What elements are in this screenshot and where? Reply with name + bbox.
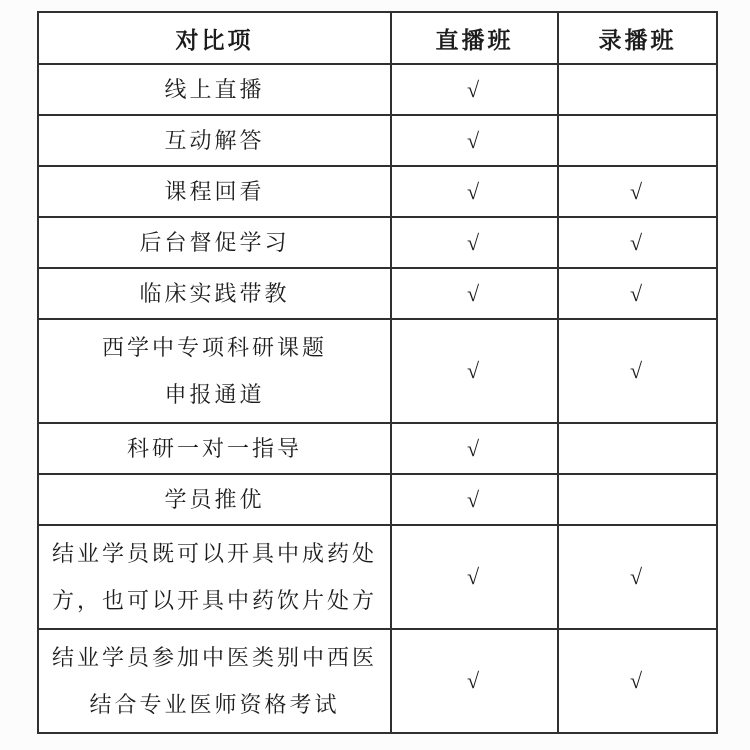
table-row: 结业学员参加中医类别中西医 结合专业医师资格考试 √ √ [38,629,717,733]
live-class-check: √ [391,64,558,115]
recorded-class-check [558,64,717,115]
row-label: 结业学员参加中医类别中西医 结合专业医师资格考试 [38,629,391,733]
table-body: 线上直播 √ 互动解答 √ 课程回看 √ √ 后台督促学习 √ √ 临床实践带教… [38,64,717,733]
table-row: 课程回看 √ √ [38,166,717,217]
recorded-class-check: √ [558,629,717,733]
recorded-class-check [558,474,717,525]
recorded-class-check: √ [558,525,717,629]
row-label: 学员推优 [38,474,391,525]
comparison-table: 对比项 直播班 录播班 线上直播 √ 互动解答 √ 课程回看 √ √ 后台督促学… [37,11,718,734]
table-row: 后台督促学习 √ √ [38,217,717,268]
recorded-class-check: √ [558,166,717,217]
table-row: 线上直播 √ [38,64,717,115]
table-row: 科研一对一指导 √ [38,423,717,474]
row-label: 临床实践带教 [38,268,391,319]
row-label: 西学中专项科研课题 申报通道 [38,319,391,423]
live-class-check: √ [391,525,558,629]
live-class-check: √ [391,319,558,423]
table-header-row: 对比项 直播班 录播班 [38,12,717,64]
live-class-check: √ [391,268,558,319]
table-row: 西学中专项科研课题 申报通道 √ √ [38,319,717,423]
recorded-class-check [558,423,717,474]
table-row: 结业学员既可以开具中成药处 方，也可以开具中药饮片处方 √ √ [38,525,717,629]
page: { "table": { "border_color": "#303030", … [0,0,750,750]
live-class-check: √ [391,423,558,474]
live-class-check: √ [391,115,558,166]
table-row: 学员推优 √ [38,474,717,525]
live-class-check: √ [391,474,558,525]
recorded-class-check: √ [558,319,717,423]
recorded-class-check: √ [558,268,717,319]
recorded-class-check: √ [558,217,717,268]
row-label: 互动解答 [38,115,391,166]
live-class-check: √ [391,166,558,217]
live-class-check: √ [391,217,558,268]
row-label: 后台督促学习 [38,217,391,268]
header-recorded-class: 录播班 [558,12,717,64]
header-live-class: 直播班 [391,12,558,64]
row-label: 科研一对一指导 [38,423,391,474]
row-label: 结业学员既可以开具中成药处 方，也可以开具中药饮片处方 [38,525,391,629]
row-label: 课程回看 [38,166,391,217]
row-label: 线上直播 [38,64,391,115]
recorded-class-check [558,115,717,166]
table-row: 互动解答 √ [38,115,717,166]
header-compare-item: 对比项 [38,12,391,64]
live-class-check: √ [391,629,558,733]
table-row: 临床实践带教 √ √ [38,268,717,319]
